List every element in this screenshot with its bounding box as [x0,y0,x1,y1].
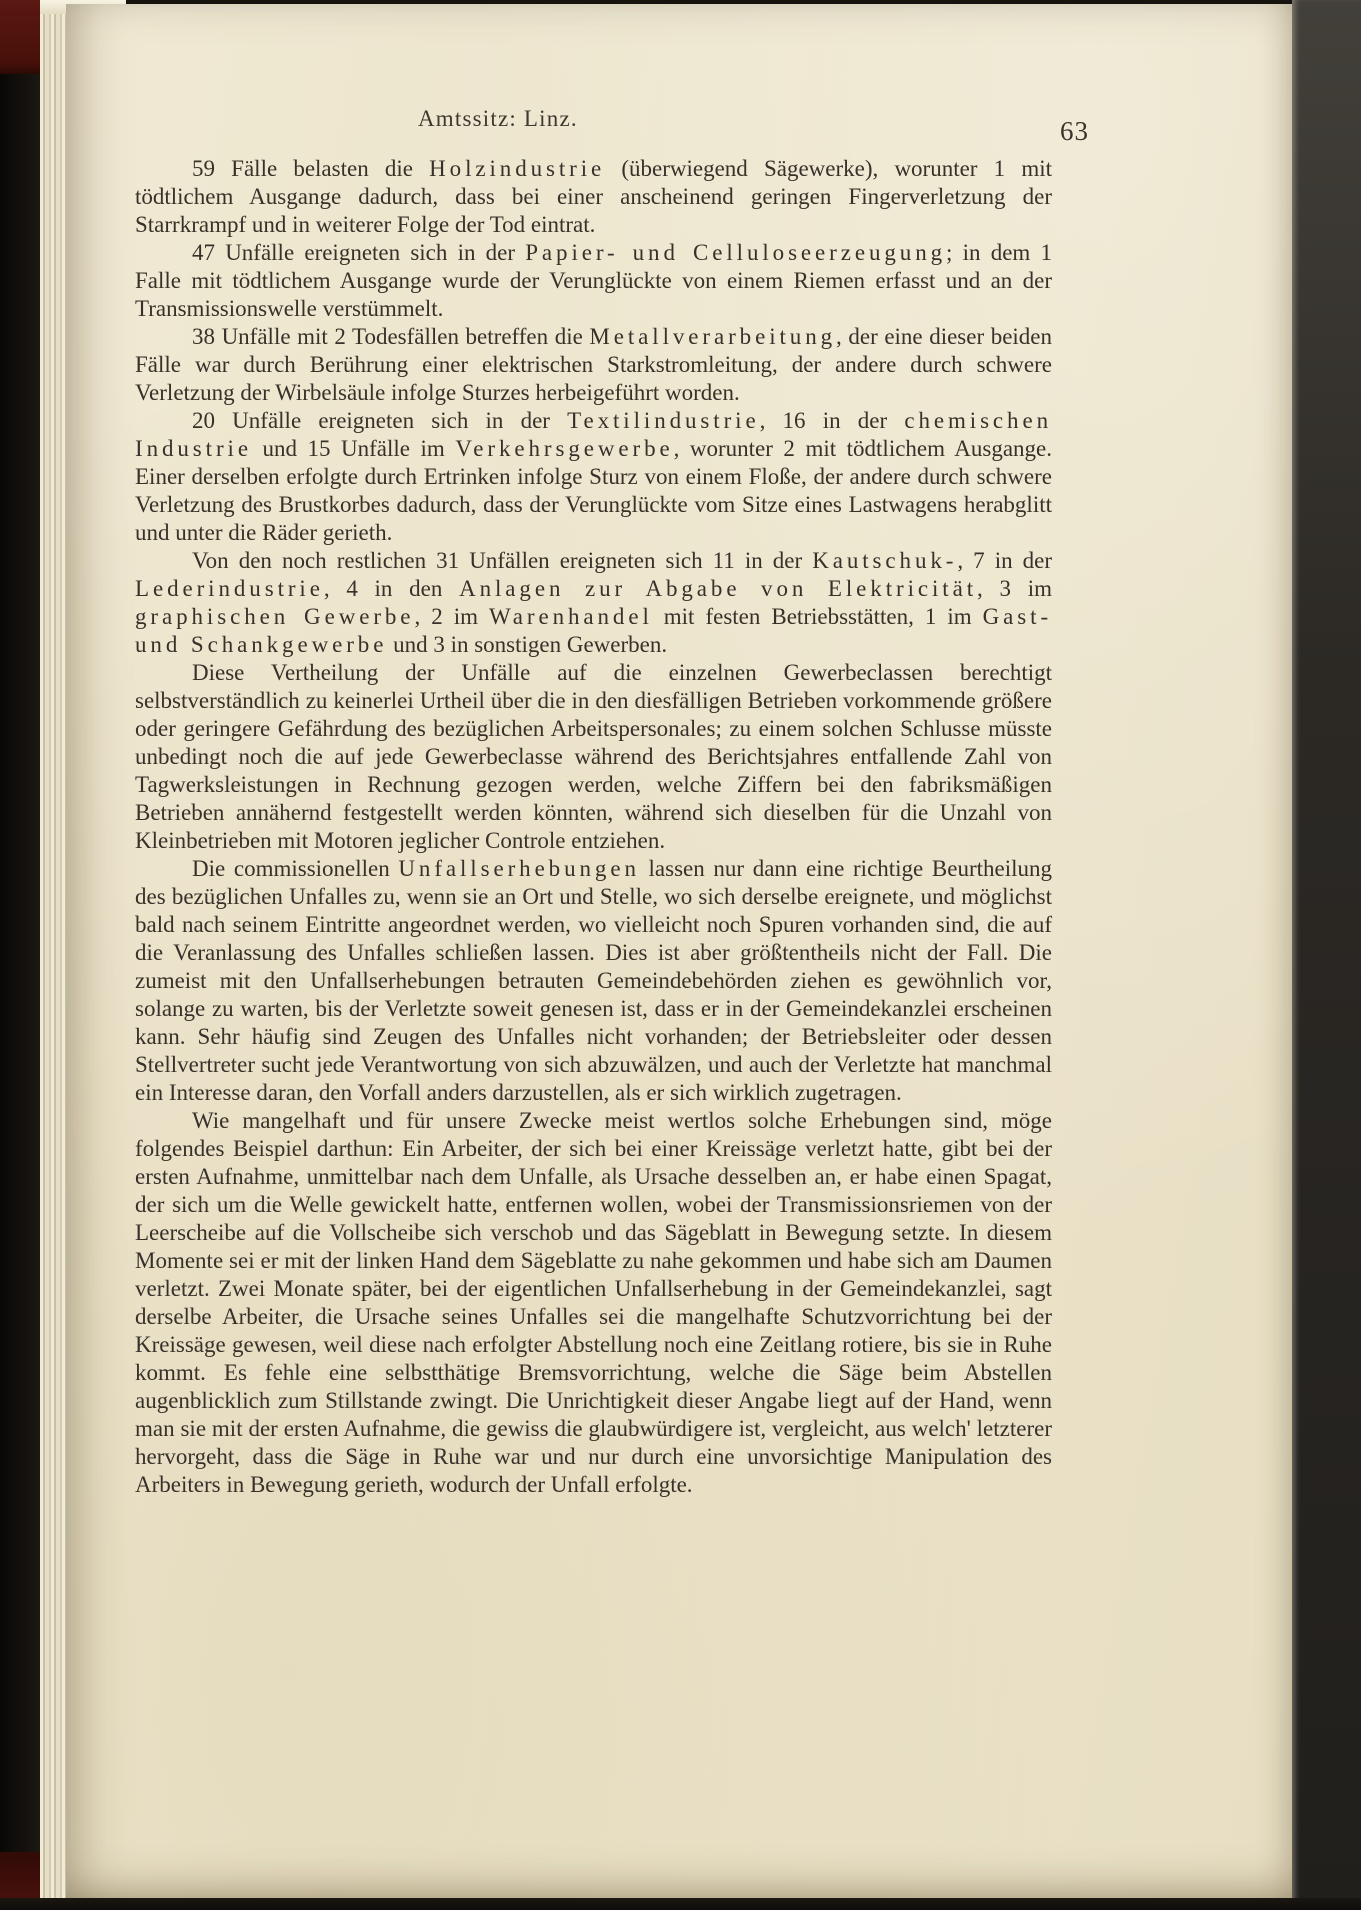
emphasized-term: Holzindustrie [429,156,605,181]
text-run: , 4 in den [324,576,459,601]
scanned-book-page: Amtssitz: Linz. 63 59 Fälle belasten die… [0,0,1361,1910]
emphasized-term: Papier- und Celluloseerzeugung [525,240,946,265]
text-run: , 7 in der [957,548,1052,573]
text-run: 38 Unfälle mit 2 Todesfällen betreffen d… [192,324,589,349]
stacked-page-edges [40,0,66,1902]
red-cover-edge-top [0,0,40,74]
emphasized-term: Warenhandel [489,604,653,629]
page-number: 63 [1060,116,1089,147]
text-run: , 2 im [414,604,489,629]
text-run: mit festen Betriebsstätten, 1 im [653,604,983,629]
scan-background-right [1292,0,1361,1910]
book-spine [0,0,40,1910]
text-run: 20 Unfälle ereigneten sich in der [192,408,567,433]
emphasized-term: Kautschuk- [812,548,957,573]
text-run: Die commissionellen [192,856,398,881]
book-page: Amtssitz: Linz. 63 59 Fälle belasten die… [66,4,1292,1898]
text-run: , 16 in der [760,408,905,433]
text-run: Diese Vertheilung der Unfälle auf die ei… [135,660,1052,853]
paragraph: Von den noch restlichen 31 Unfällen erei… [135,547,1052,659]
emphasized-term: graphischen Gewerbe [135,604,414,629]
body-text: 59 Fälle belasten die Holzindustrie (übe… [135,155,1052,1499]
running-title: Amtssitz: Linz. [418,106,578,132]
text-run: und 15 Unfälle im [252,436,455,461]
text-run: und 3 in sonstigen Gewerben. [387,632,667,657]
emphasized-term: Anlagen zur Abgabe von Elektricität [459,576,977,601]
paragraph: Die commissionellen Unfallserhebungen la… [135,855,1052,1107]
page-header: Amtssitz: Linz. 63 [135,104,1052,144]
text-run: 59 Fälle belasten die [192,156,429,181]
text-run: lassen nur dann eine richtige Beurtheilu… [135,856,1052,1105]
text-run: Von den noch restlichen 31 Unfällen erei… [192,548,812,573]
paragraph: 59 Fälle belasten die Holzindustrie (übe… [135,155,1052,239]
scan-background-bottom [0,1898,1361,1910]
text-run: 47 Unfälle ereigneten sich in der [192,240,525,265]
paragraph: Diese Vertheilung der Unfälle auf die ei… [135,659,1052,855]
paragraph: 20 Unfälle ereigneten sich in der Textil… [135,407,1052,547]
text-run: , 3 im [977,576,1052,601]
emphasized-term: Verkehrsgewerbe [455,436,673,461]
text-run: Wie mangelhaft und für unsere Zwecke mei… [135,1108,1052,1497]
paragraph: 38 Unfälle mit 2 Todesfällen betreffen d… [135,323,1052,407]
emphasized-term: Metallverarbeitung [589,324,836,349]
emphasized-term: Textilindustrie [567,408,759,433]
paragraph: 47 Unfälle ereigneten sich in der Papier… [135,239,1052,323]
paragraph: Wie mangelhaft und für unsere Zwecke mei… [135,1107,1052,1499]
emphasized-term: Unfallserhebungen [398,856,639,881]
emphasized-term: Lederindustrie [135,576,324,601]
